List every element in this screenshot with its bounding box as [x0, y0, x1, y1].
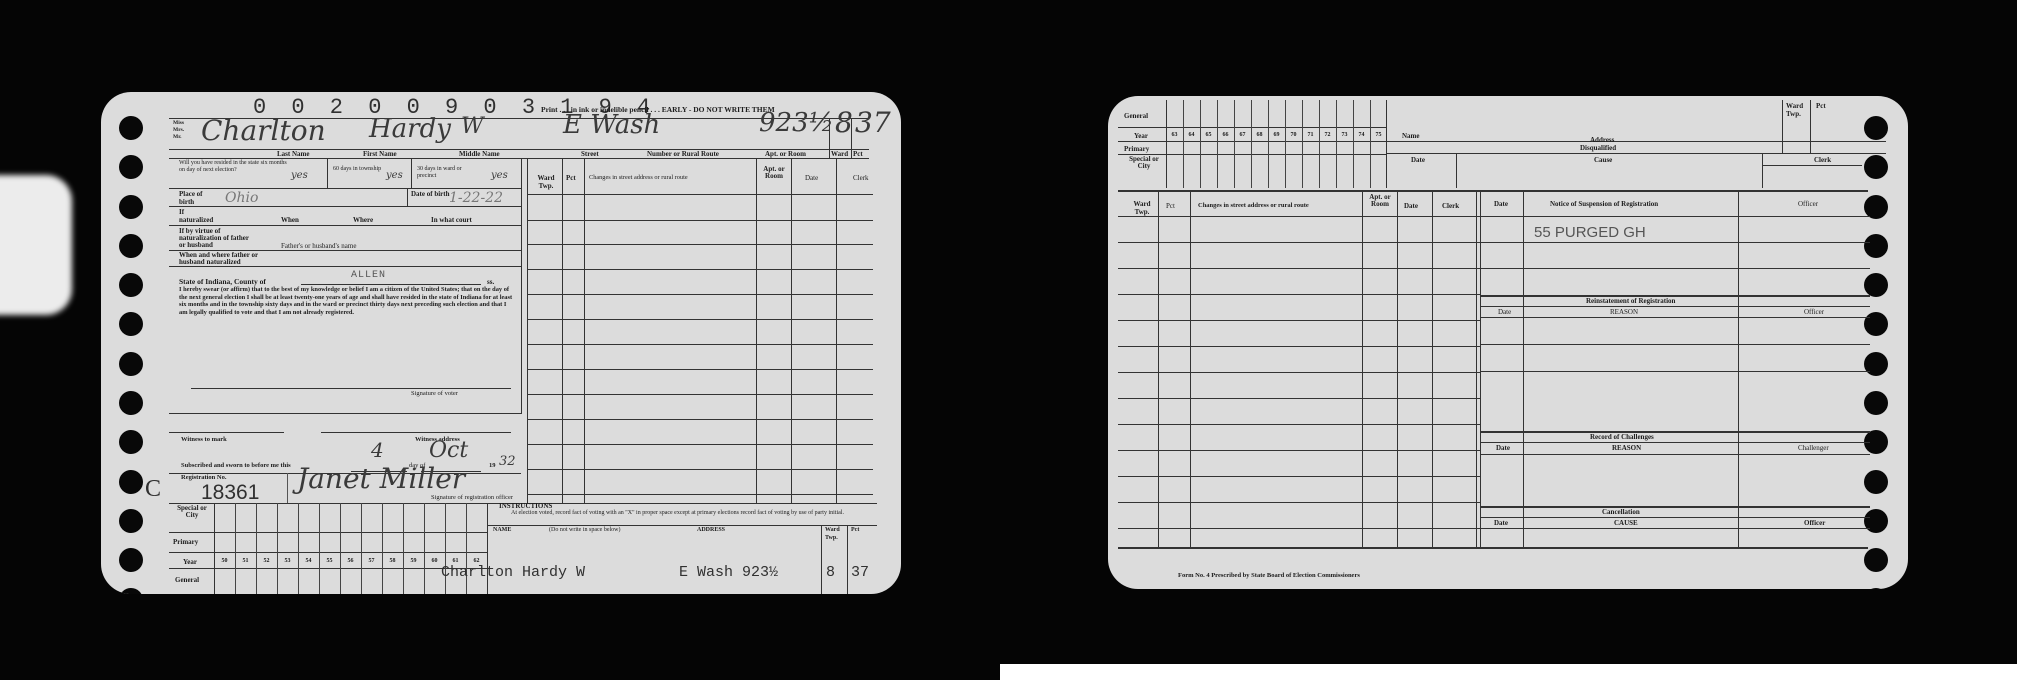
grid-label-general: General: [1124, 112, 1148, 120]
challenges-col-date: Date: [1496, 444, 1510, 452]
label-father-naturalized: When and where father or husband natural…: [179, 252, 259, 266]
grid-label-general: General: [175, 576, 199, 584]
cancellation-col-date: Date: [1494, 519, 1508, 527]
day-handwritten: 4: [371, 438, 384, 462]
year-cell: 59: [403, 558, 424, 564]
label-ward-twp: Ward Twp.: [1786, 102, 1808, 118]
col-clerk: Clerk: [853, 174, 869, 182]
reinstatement-col-reason: REASON: [1610, 308, 1638, 316]
cancellation-title: Cancellation: [1602, 508, 1640, 516]
challenges-col-challenger: Challenger: [1798, 444, 1829, 452]
label-name: Name: [1402, 132, 1420, 140]
grid-label-year: Year: [183, 558, 197, 566]
col-pct: Pct: [566, 174, 576, 182]
label-address: ADDRESS: [697, 526, 725, 534]
label-when: When: [281, 216, 299, 224]
form-footer: Form No. 4 Prescribed by State Board of …: [1178, 572, 1360, 580]
label-address: Address: [1590, 136, 1614, 144]
cancellation-col-cause: CAUSE: [1614, 519, 1638, 527]
birthplace-handwritten: Ohio: [225, 190, 258, 206]
birth-date-handwritten: 1-22-22: [449, 190, 503, 206]
suspension-col-date: Date: [1494, 200, 1508, 208]
challenges-title: Record of Challenges: [1590, 433, 1654, 441]
prefix-mrs: Mrs.: [173, 127, 184, 133]
typed-ward: 8: [826, 564, 835, 581]
label-name: NAME: [493, 526, 511, 534]
oath-text: I hereby swear (or affirm) that to the b…: [179, 286, 515, 316]
label-middle-name: Middle Name: [459, 150, 500, 158]
grid-label-primary: Primary: [173, 538, 198, 546]
label-place-of-birth: Place of birth: [179, 190, 219, 206]
label-father-name: Father's or husband's name: [281, 242, 356, 250]
registration-card-back: General Year Primary Special or City 63 …: [1108, 96, 1908, 589]
year-cell: 56: [340, 558, 361, 564]
col-changes: Changes in street address or rural route: [589, 174, 688, 182]
year-cell: 57: [361, 558, 382, 564]
year-cell: 67: [1234, 132, 1251, 138]
label-court: In what court: [431, 216, 472, 224]
challenges-col-reason: REASON: [1612, 444, 1641, 452]
label-street: Street: [581, 150, 599, 158]
label-year-prefix: 19: [489, 462, 496, 470]
label-pct: Pct: [853, 150, 863, 158]
registration-officer-signature: Janet Miller: [297, 462, 465, 495]
grid-label-primary: Primary: [1124, 145, 1149, 153]
punch-holes: [119, 116, 143, 594]
year-cell: 64: [1183, 132, 1200, 138]
label-pct-bottom: Pct: [851, 526, 859, 534]
residency-question-state: Will you have resided in the state six m…: [179, 160, 289, 174]
year-cell: 75: [1370, 132, 1387, 138]
year-cell: 51: [235, 558, 256, 564]
suspension-stamp: 55 PURGED GH: [1534, 224, 1646, 241]
year-cell: 71: [1302, 132, 1319, 138]
year-cell: 66: [1217, 132, 1234, 138]
year-cell: 69: [1268, 132, 1285, 138]
grid-label-special: Special or City: [1122, 156, 1166, 170]
year-cell: 63: [1166, 132, 1183, 138]
year-cell: 54: [298, 558, 319, 564]
label-date: Date: [1411, 156, 1425, 164]
year-cell: 55: [319, 558, 340, 564]
label-last-name: Last Name: [277, 150, 309, 158]
instructions-title: INSTRUCTIONS: [499, 502, 552, 510]
col-clerk: Clerk: [1442, 202, 1459, 210]
col-apt-room: Apt. or Room: [1364, 194, 1396, 208]
film-edge-artifact: [0, 175, 72, 315]
label-county: State of Indiana, County of: [179, 278, 266, 286]
registration-number: 18361: [201, 481, 259, 505]
grid-label-year: Year: [1134, 132, 1148, 140]
label-date-of-birth: Date of birth: [411, 190, 451, 198]
label-disqualified: Disqualified: [1580, 144, 1616, 152]
year-cell: 52: [256, 558, 277, 564]
month-handwritten: Oct: [429, 438, 468, 463]
suspension-col-notice: Notice of Suspension of Registration: [1550, 200, 1658, 208]
residency-question-township: 60 days in township: [333, 166, 383, 173]
label-subscribed: Subscribed and sworn to before me this: [181, 462, 291, 470]
col-pct: Pct: [1166, 202, 1175, 210]
col-apt-room: Apt. or Room: [759, 166, 789, 180]
label-ss: ss.: [487, 278, 494, 286]
label-naturalized: If naturalized: [179, 208, 219, 224]
label-do-not-write: (Do not write in space below): [549, 526, 620, 534]
year-cell: 72: [1319, 132, 1336, 138]
first-name-handwritten: Hardy: [369, 114, 451, 144]
registration-card-front: 0 0 2 0 0 9 0 3 1 9 4 Print . . . in ink…: [101, 92, 901, 594]
reinstatement-title: Reinstatement of Registration: [1586, 297, 1675, 305]
year-cell: 58: [382, 558, 403, 564]
registration-letter: C: [145, 476, 161, 503]
label-cause: Cause: [1594, 156, 1612, 164]
punch-holes: [1864, 116, 1888, 589]
scan-border-strip: [1000, 664, 2017, 680]
year-cell: 50: [214, 558, 235, 564]
label-by-virtue: If by virtue of naturalization of father…: [179, 228, 249, 249]
middle-name-handwritten: W: [461, 114, 484, 139]
number-handwritten: 923½: [759, 108, 834, 138]
typed-pct: 37: [851, 564, 869, 581]
reinstatement-col-date: Date: [1498, 308, 1511, 316]
label-apt: Apt. or Room: [765, 150, 806, 158]
col-ward-twp: Ward Twp.: [533, 174, 559, 190]
residency-answer-state: yes: [291, 170, 308, 181]
label-pct: Pct: [1816, 102, 1826, 110]
pct-handwritten: 37: [855, 106, 891, 139]
street-handwritten: E Wash: [563, 110, 660, 140]
last-name-handwritten: Charlton: [201, 114, 326, 147]
label-signature-officer: Signature of registration officer: [431, 494, 513, 502]
label-witness-mark: Witness to mark: [181, 436, 227, 444]
prefix-mr: Mr.: [173, 134, 182, 140]
label-ward-twp: Ward Twp.: [825, 526, 845, 542]
typed-name: Charlton Hardy W: [441, 564, 585, 581]
year-cell: 53: [277, 558, 298, 564]
label-first-name: First Name: [363, 150, 397, 158]
prefix-miss: Miss: [173, 120, 184, 126]
col-ward-twp: Ward Twp.: [1126, 200, 1158, 216]
suspension-col-officer: Officer: [1798, 200, 1818, 208]
label-ward: Ward: [831, 150, 848, 158]
col-date: Date: [805, 174, 818, 182]
year-cell: 70: [1285, 132, 1302, 138]
residency-answer-township: yes: [386, 170, 403, 181]
label-where: Where: [353, 216, 373, 224]
year-cell: 74: [1353, 132, 1370, 138]
year-cell: 73: [1336, 132, 1353, 138]
cancellation-col-officer: Officer: [1804, 519, 1825, 527]
label-number: Number or Rural Route: [647, 150, 719, 158]
year-cell: 65: [1200, 132, 1217, 138]
residency-question-ward: 30 days in ward or precinct: [417, 166, 481, 180]
county-value: ALLEN: [351, 270, 386, 281]
reinstatement-col-officer: Officer: [1804, 308, 1824, 316]
instructions-text: At election voted, record fact of voting…: [511, 510, 901, 517]
grid-label-special: Special or City: [171, 505, 213, 519]
year-handwritten: 32: [499, 454, 516, 469]
typed-address: E Wash 923½: [679, 564, 778, 581]
label-signature-voter: Signature of voter: [411, 390, 458, 398]
label-clerk: Clerk: [1814, 156, 1831, 164]
residency-answer-ward: yes: [491, 170, 508, 181]
year-cell: 68: [1251, 132, 1268, 138]
col-date: Date: [1404, 202, 1418, 210]
col-changes: Changes in street address or rural route: [1198, 202, 1309, 210]
